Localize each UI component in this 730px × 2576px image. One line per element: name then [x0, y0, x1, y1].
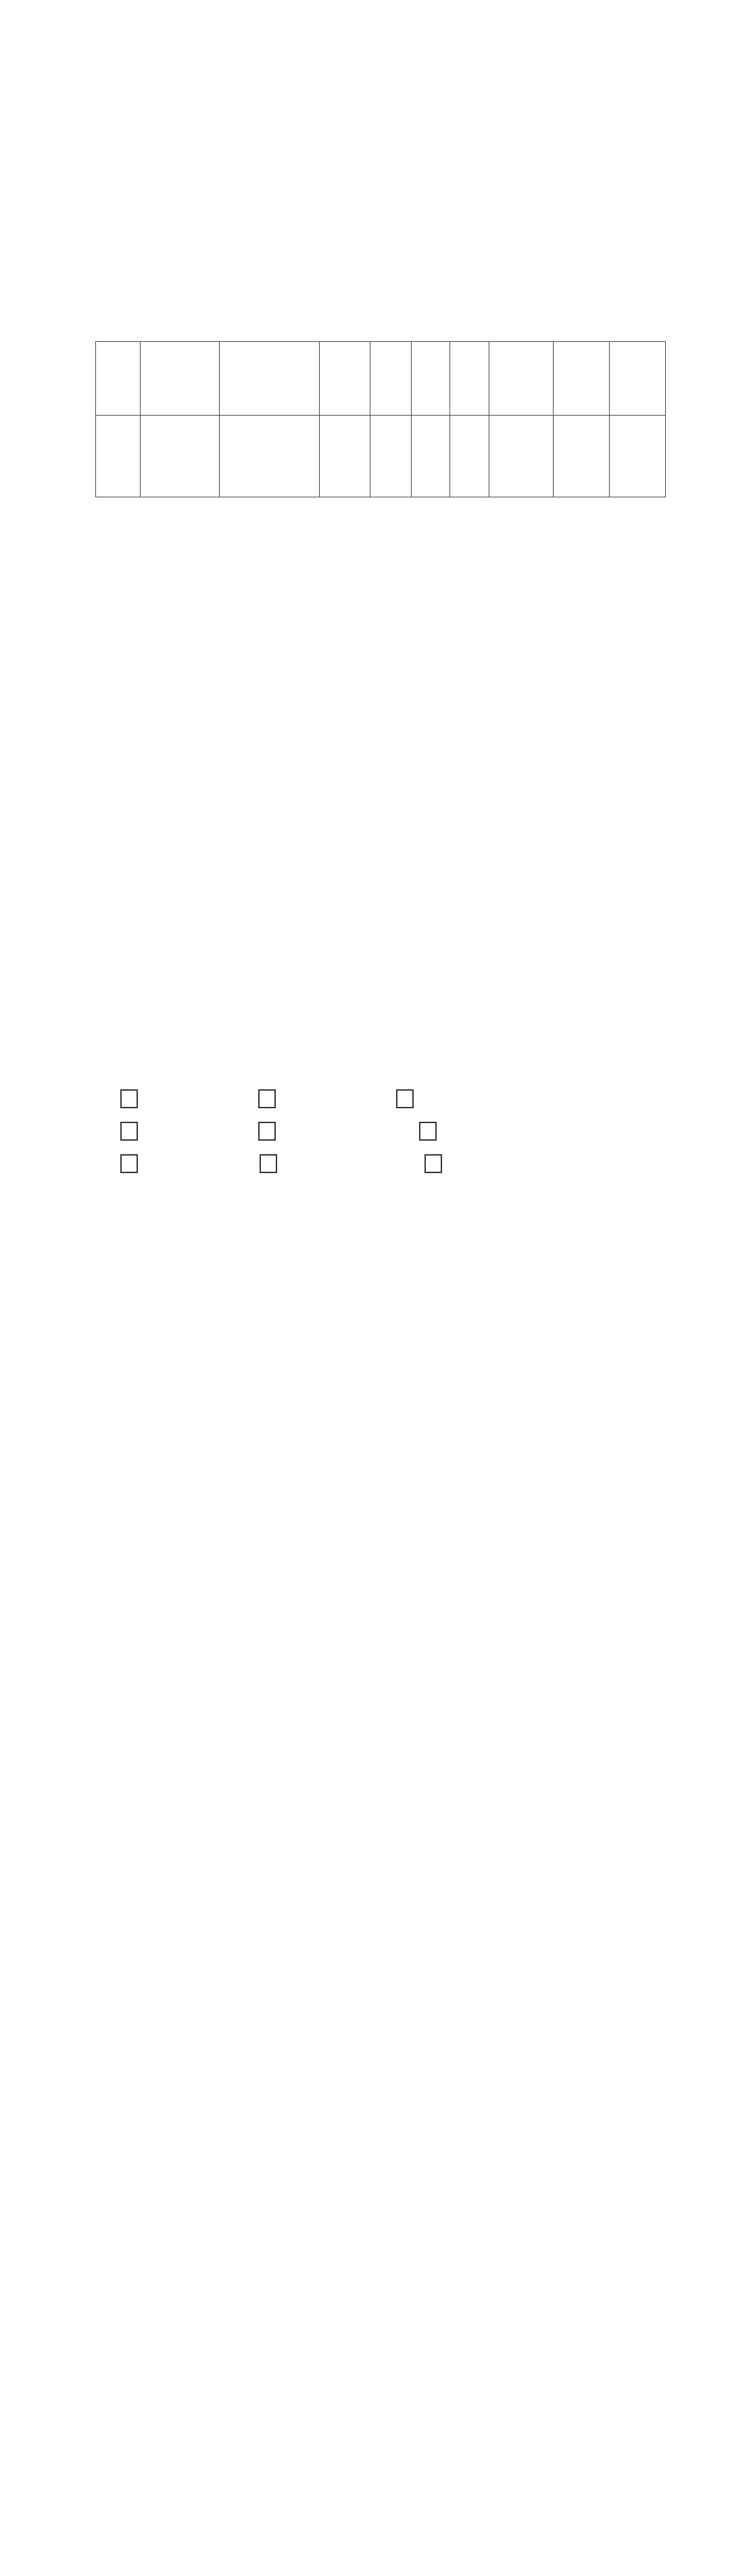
checkbox-checked-icon[interactable]: [424, 1154, 442, 1173]
bidder-types-row-2: [116, 1115, 437, 1145]
col-header-start-price: [489, 342, 554, 416]
checkbox-checked-icon[interactable]: [258, 1089, 276, 1108]
col-header-name: [141, 342, 219, 416]
bidder-type-company: [392, 1083, 414, 1112]
bidder-type-partnership: [420, 1147, 442, 1177]
bidder-type-branch: [254, 1115, 386, 1145]
cell-increment: [610, 416, 666, 497]
checkbox-checked-icon[interactable]: [419, 1122, 437, 1141]
subject-table: [95, 341, 666, 497]
checkbox-checked-icon[interactable]: [120, 1089, 138, 1108]
checkbox-checked-icon[interactable]: [396, 1089, 414, 1108]
col-header-location: [219, 342, 320, 416]
checkbox-checked-icon[interactable]: [258, 1122, 276, 1141]
checkbox-checked-icon[interactable]: [120, 1154, 138, 1173]
col-header-deposit: [554, 342, 610, 416]
cell-deposit: [554, 416, 610, 497]
cell-area: [320, 416, 370, 497]
col-header-area: [320, 342, 370, 416]
bidder-type-government: [392, 1115, 437, 1145]
bidder-type-social-group: [116, 1115, 248, 1145]
cell-term: [412, 416, 449, 497]
bidder-types-row-1: [116, 1083, 414, 1112]
col-header-business: [370, 342, 411, 416]
cell-increase-rate: [449, 416, 489, 497]
col-header-increment: [610, 342, 666, 416]
cell-name: [141, 416, 219, 497]
checkbox-checked-icon[interactable]: [260, 1154, 277, 1173]
bidder-type-sole-proprietor: [254, 1083, 386, 1112]
bidder-type-public-institution: [116, 1147, 249, 1177]
bidder-types-row-3: [116, 1147, 442, 1177]
document-page: [0, 0, 730, 2576]
cell-seq: [96, 416, 141, 497]
checkbox-checked-icon[interactable]: [120, 1122, 138, 1141]
col-header-term: [412, 342, 449, 416]
bidder-type-individual: [116, 1083, 248, 1112]
cell-start-price: [489, 416, 554, 497]
col-header-increase-rate: [449, 342, 489, 416]
col-header-seq: [96, 342, 141, 416]
cell-location: [219, 416, 320, 497]
table-row: [96, 416, 666, 497]
cell-business: [370, 416, 411, 497]
bidder-type-state-owned: [255, 1147, 414, 1177]
table-header-row: [96, 342, 666, 416]
